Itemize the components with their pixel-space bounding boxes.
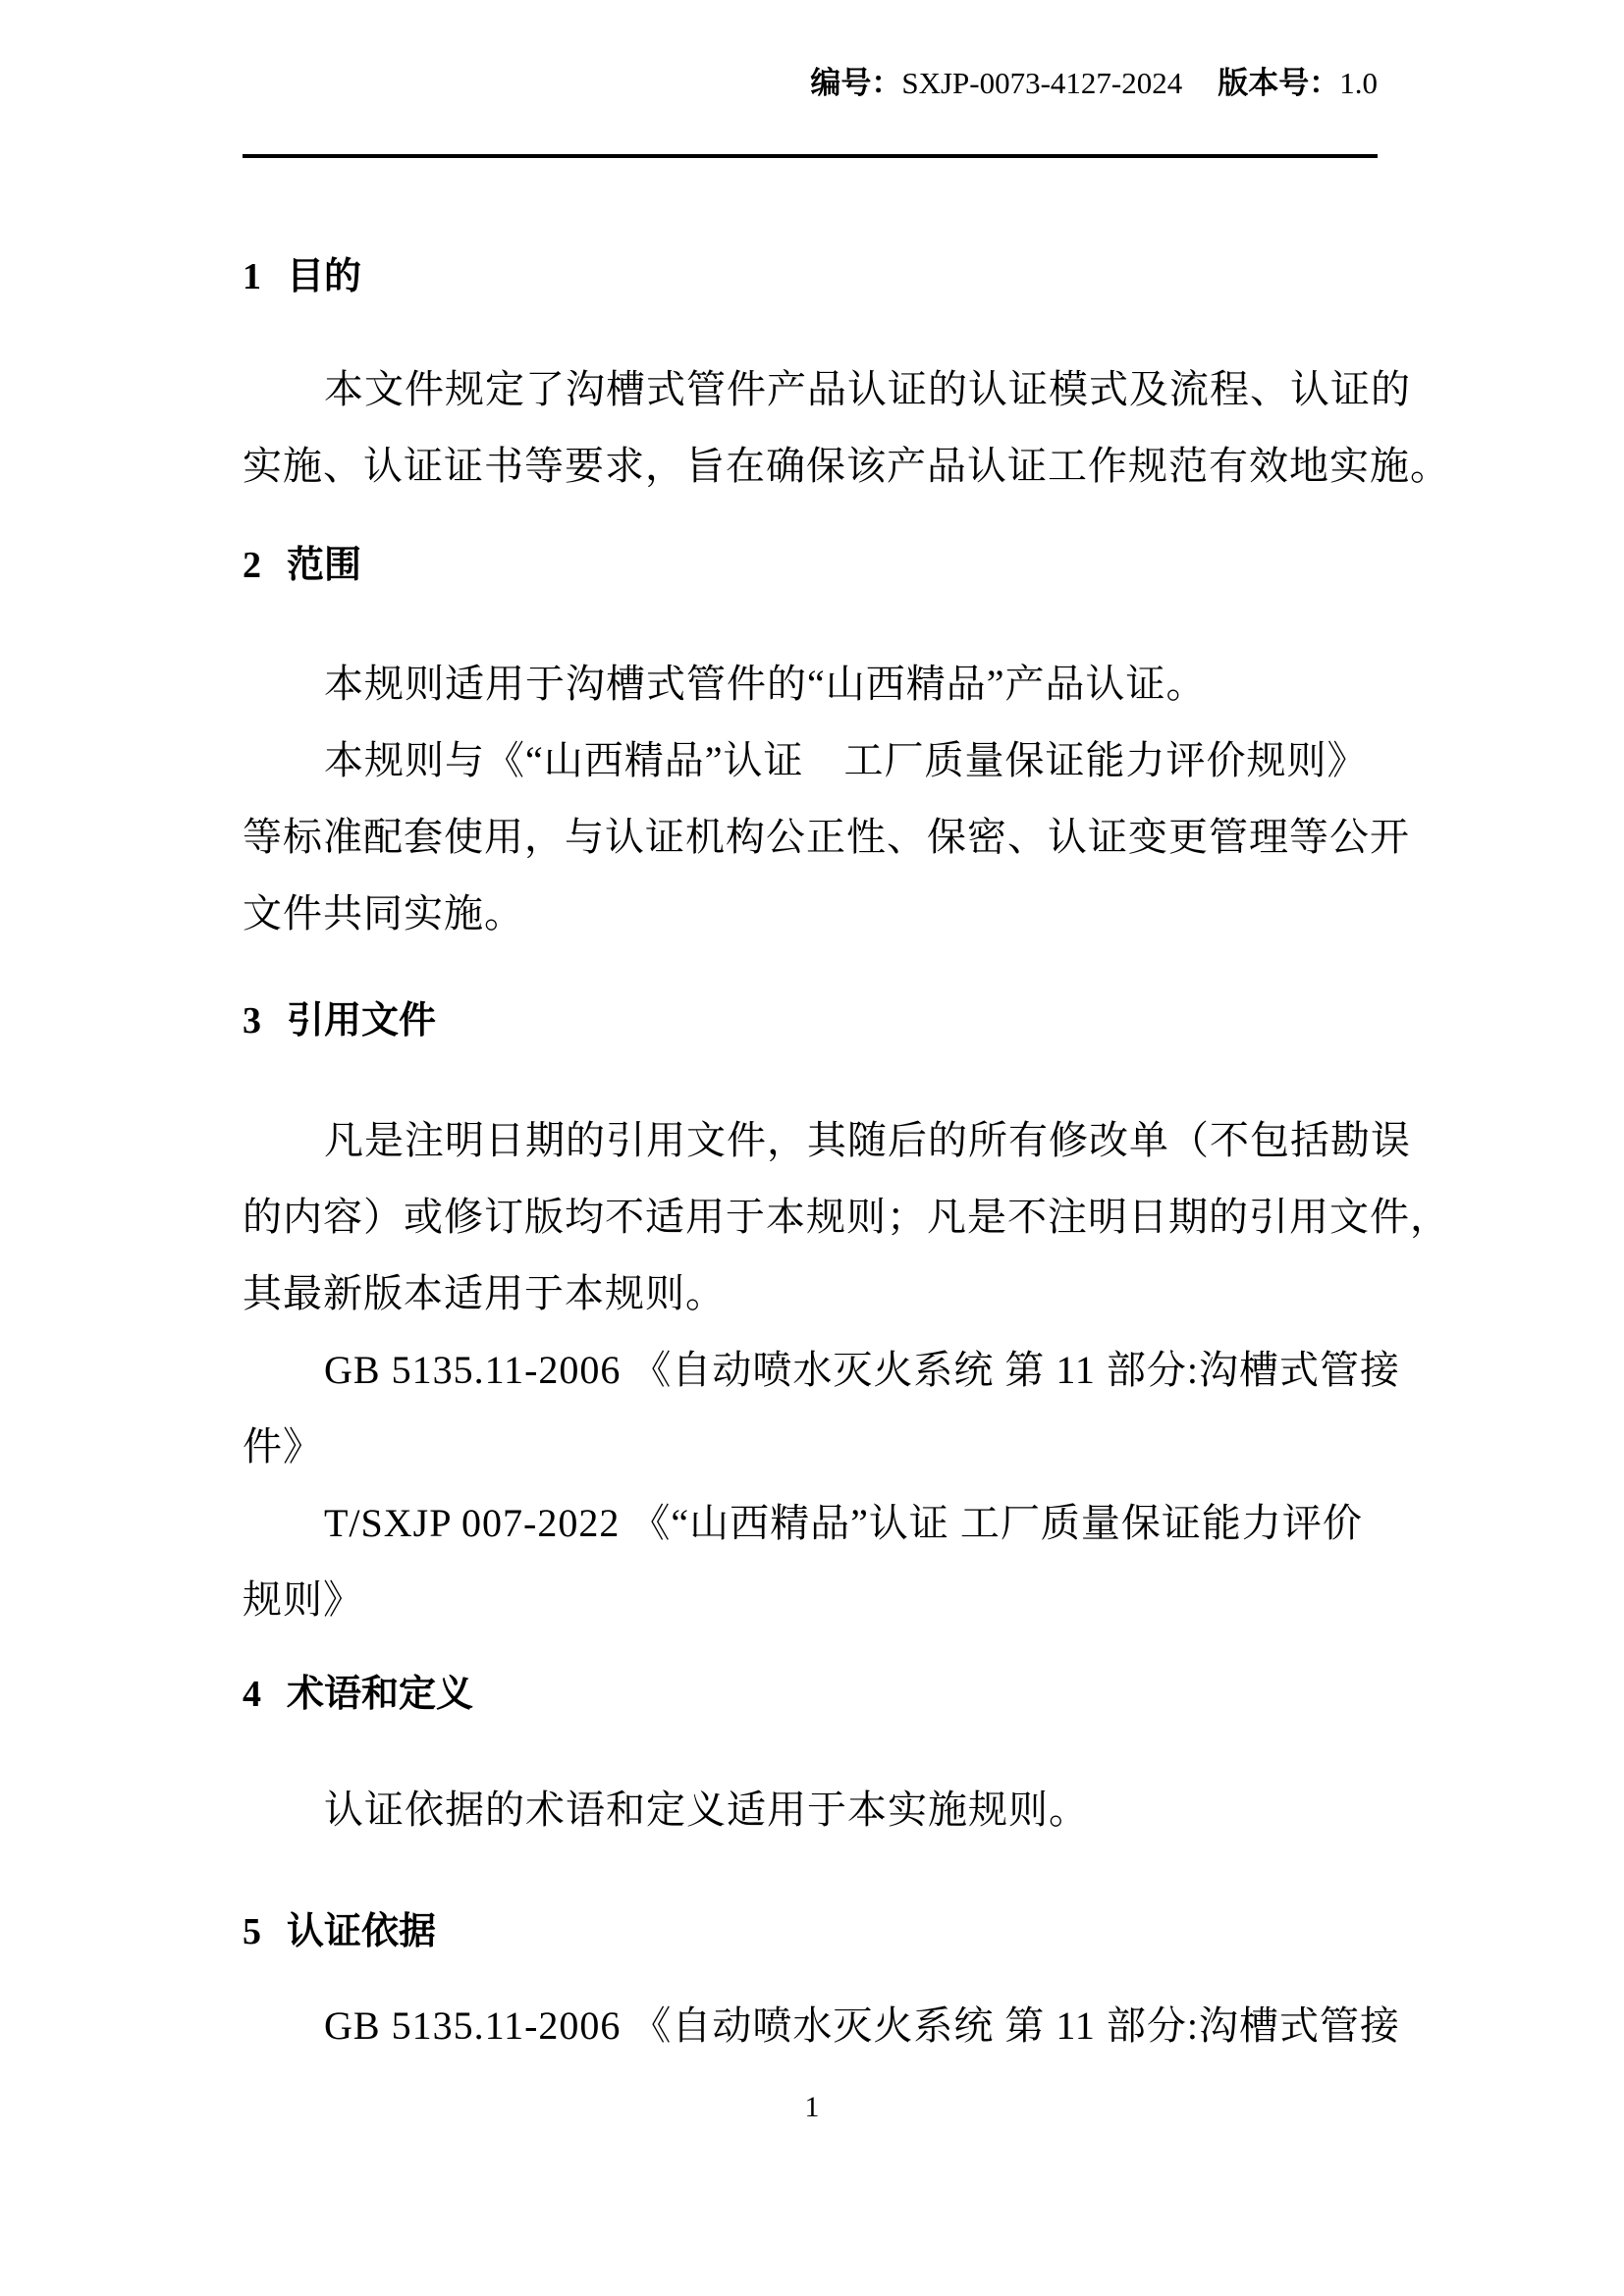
body-line: 文件共同实施。 — [243, 892, 524, 935]
section-number: 5 — [243, 1911, 261, 1952]
body-line: 等标准配套使用，与认证机构公正性、保密、认证变更管理等公开 — [243, 816, 1410, 859]
section-number: 3 — [243, 1000, 261, 1041]
page-number: 1 — [0, 2091, 1624, 2124]
body-line: 认证依据的术语和定义适用于本实施规则。 — [324, 1789, 1089, 1832]
section-number: 1 — [243, 256, 261, 297]
body-line: 本规则与《“山西精品”认证 工厂质量保证能力评价规则》 — [324, 739, 1368, 782]
body-line: 件》 — [243, 1425, 323, 1468]
document-page: 编号：SXJP-0073-4127-2024版本号：1.0 1目的 本文件规定了… — [0, 0, 1624, 2296]
version-label: 版本号： — [1218, 66, 1339, 100]
body-line: T/SXJP 007-2022 《“山西精品”认证 工厂质量保证能力评价 — [324, 1502, 1363, 1545]
section-title: 术语和定义 — [287, 1674, 473, 1715]
section-title: 认证依据 — [287, 1911, 436, 1952]
body-line: GB 5135.11-2006 《自动喷水灭火系统 第 11 部分:沟槽式管接 — [324, 2004, 1400, 2048]
section-title: 引用文件 — [287, 1000, 436, 1041]
version-value: 1.0 — [1339, 66, 1378, 100]
body-line: 凡是注明日期的引用文件，其随后的所有修改单（不包括勘误 — [324, 1119, 1411, 1162]
body-line: GB 5135.11-2006 《自动喷水灭火系统 第 11 部分:沟槽式管接 — [324, 1349, 1400, 1392]
section-number: 4 — [243, 1674, 261, 1715]
section-title: 范围 — [287, 545, 361, 586]
body-line: 的内容）或修订版均不适用于本规则；凡是不注明日期的引用文件， — [243, 1196, 1450, 1239]
header-rule — [243, 154, 1378, 158]
body-line: 其最新版本适用于本规则。 — [243, 1272, 726, 1315]
section-heading-3: 3引用文件 — [243, 1001, 436, 1042]
section-heading-5: 5认证依据 — [243, 1912, 436, 1953]
section-number: 2 — [243, 545, 261, 586]
section-heading-1: 1目的 — [243, 257, 361, 298]
body-line: 本文件规定了沟槽式管件产品认证的认证模式及流程、认证的 — [324, 368, 1411, 411]
document-header: 编号：SXJP-0073-4127-2024版本号：1.0 — [810, 67, 1378, 100]
body-line: 规则》 — [243, 1578, 363, 1622]
section-heading-2: 2范围 — [243, 546, 361, 587]
section-heading-4: 4术语和定义 — [243, 1675, 473, 1716]
body-line: 本规则适用于沟槽式管件的“山西精品”产品认证。 — [324, 663, 1207, 706]
section-title: 目的 — [287, 256, 361, 297]
body-line: 实施、认证证书等要求，旨在确保该产品认证工作规范有效地实施。 — [243, 445, 1450, 488]
doc-number-label: 编号： — [810, 66, 901, 100]
doc-number-value: SXJP-0073-4127-2024 — [901, 66, 1182, 100]
